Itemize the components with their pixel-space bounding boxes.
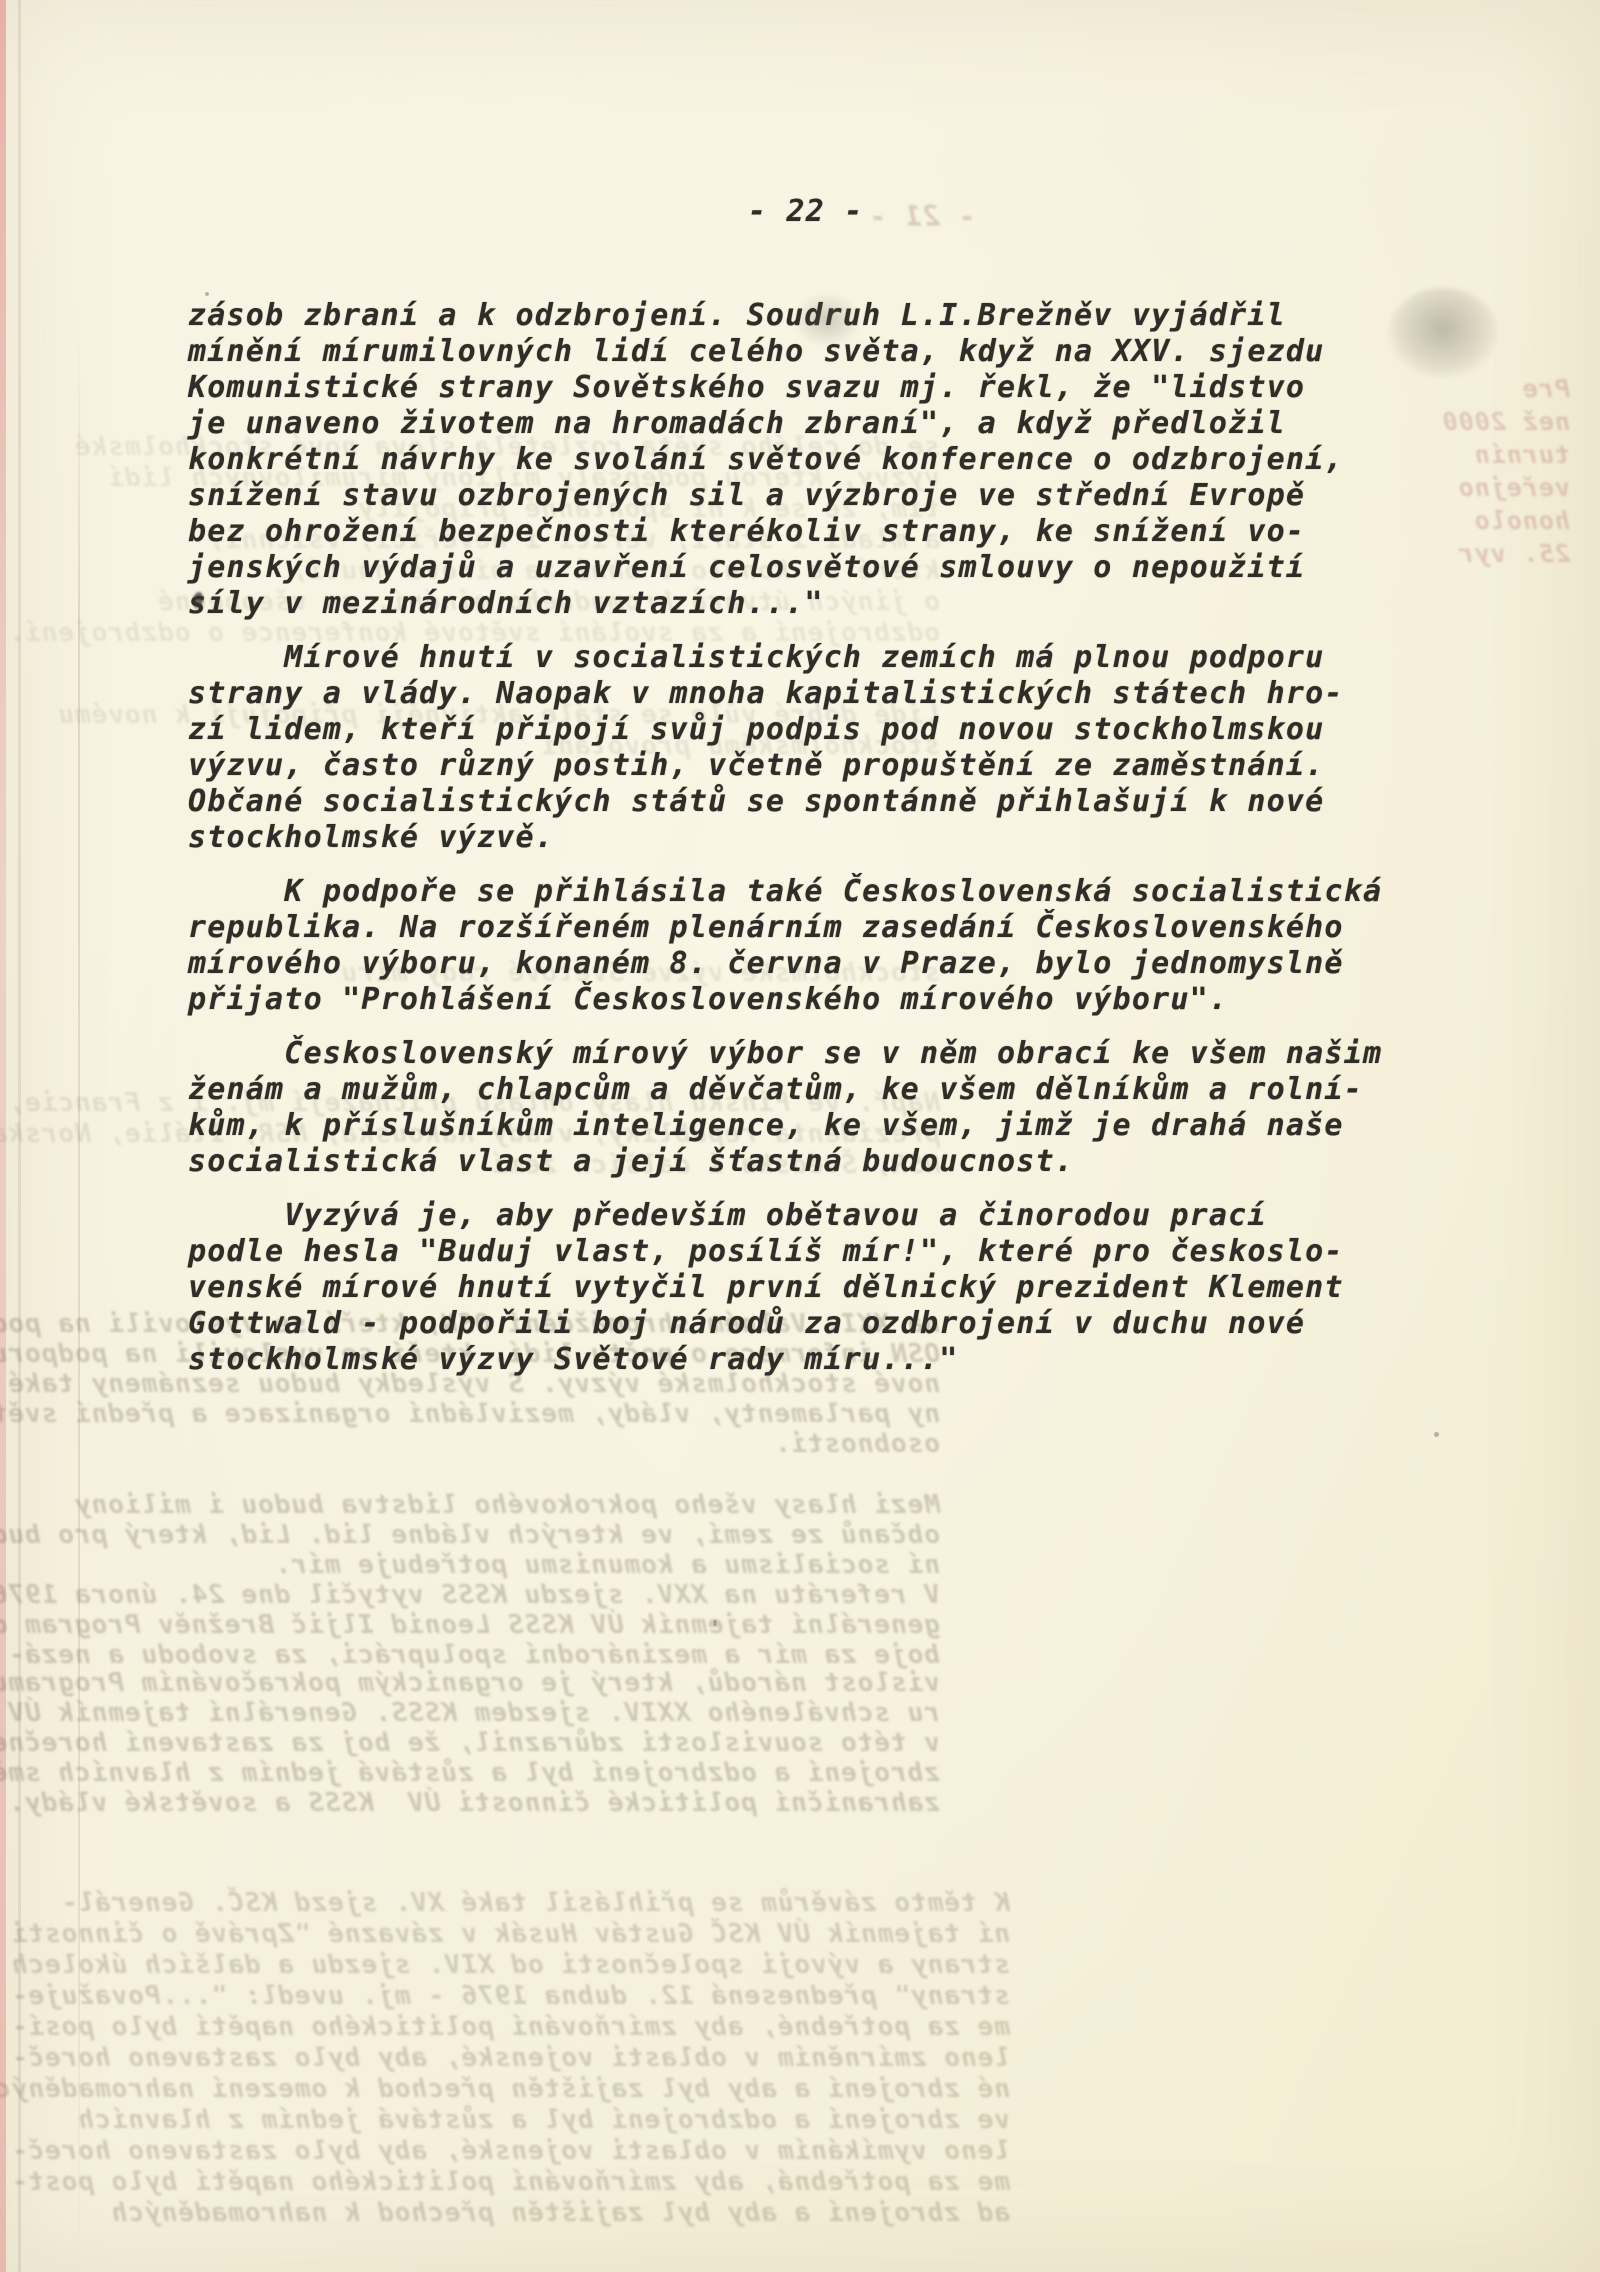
- typed-text-column: zásob zbraní a k odzbrojení. Soudruh L.I…: [188, 298, 1382, 1396]
- bleedthrough-block-b: Mezi hlasy všeho pokrokového lidstva bud…: [130, 1490, 940, 1670]
- paragraph-czechoslovak-support: K podpoře se přihlásila také Českosloven…: [188, 874, 1382, 1018]
- paragraph-peace-committee-appeal: Československý mírový výbor se v něm obr…: [188, 1036, 1382, 1180]
- paper-speck: [205, 292, 209, 296]
- smudge-above-text: [792, 292, 862, 348]
- bleedthrough-block-d: K těmto závěrům se přihlásil také XV. sj…: [150, 1888, 1010, 2229]
- paper-speck: [1434, 1432, 1439, 1437]
- paper-speck: [713, 1620, 717, 1626]
- paragraph-brezhnev-quote: zásob zbraní a k odzbrojení. Soudruh L.I…: [188, 298, 1382, 622]
- paragraph-peace-movement: Mírové hnutí v socialistických zemích má…: [188, 640, 1382, 856]
- paragraph-gottwald-slogan: Vyzývá je, aby především obětavou a čino…: [188, 1198, 1382, 1378]
- smudge-top-right: [1388, 288, 1498, 378]
- ghost-page-number-bleedthrough: - 21 -: [868, 200, 975, 233]
- scanned-document-page: - 22 - - 21 - se do celého světa rozletě…: [0, 0, 1600, 2272]
- bleedthrough-block-c: vislost národů, který je organickým pokr…: [130, 1668, 940, 1818]
- page-number: - 22 -: [748, 194, 864, 230]
